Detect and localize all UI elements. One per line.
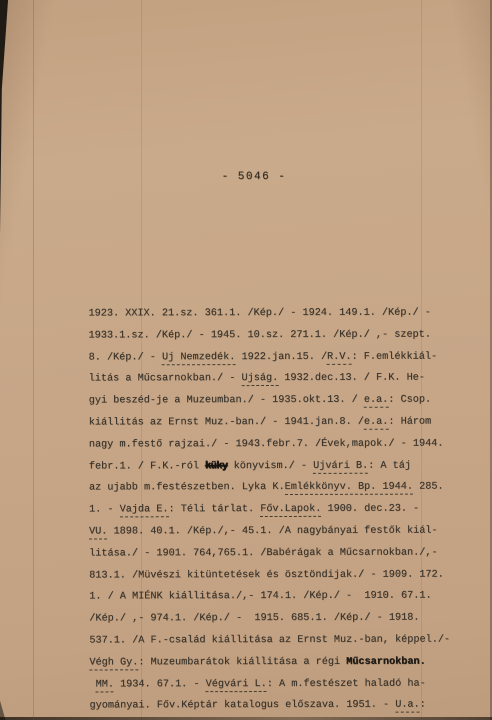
text-line: kiállitás az Ernst Muz.-ban./ - 1941.jan… (89, 411, 461, 434)
text-segment: 1932.dec.13. / F.K. He- (278, 373, 425, 384)
text-segment: : A m.festészet haladó ha- (267, 678, 426, 689)
text-line: MM. 1934. 67.1. - Végvári L.: A m.festés… (89, 673, 461, 696)
text-segment: nagy m.festő rajzai./ - 1943.febr.7. /Év… (89, 438, 444, 450)
text-segment: 1900. dec.23. - (321, 504, 419, 515)
text-segment: : Muzeumbarátok kiállitása a régi (138, 657, 346, 669)
scanned-page: - 5046 - 1923. XXIX. 21.sz. 361.1. /Kép.… (0, 0, 492, 720)
text-line: nagy m.festő rajzai./ - 1943.febr.7. /Év… (89, 433, 461, 456)
text-segment: : F.emlékkiál- (352, 351, 438, 362)
text-segment: 537.1. /A F.-család kiállitása az Ernst … (89, 634, 450, 646)
text-line: 1933.1.sz. /Kép./ - 1945. 10.sz. 271.1. … (89, 324, 461, 347)
underlined-text: Emlékkönyv. Bp. 1944. (285, 482, 413, 495)
text-segment: könyvism./ - (228, 460, 314, 471)
text-segment: 1898. 40.1. /Kép./,- 45.1. /A nagybányai… (107, 526, 437, 538)
text-segment: litása./ - 1901. 764,765.1. /Babérágak a… (89, 547, 438, 559)
underlined-text: R.V. (327, 351, 352, 364)
text-segment: 1933.1.sz. /Kép./ - 1945. 10.sz. 271.1. … (89, 329, 431, 341)
text-line: 1. / A MIÉNK kiállitása./,- 174.1. /Kép.… (89, 586, 461, 609)
text-line: litás a Műcsarnokban./ - Ujság. 1932.dec… (89, 368, 461, 391)
text-line: gyományai. Főv.Képtár katalogus előszava… (89, 695, 461, 718)
text-segment: gyományai. Főv.Képtár katalogus előszava… (89, 700, 395, 712)
underlined-text: Vajda E. (120, 504, 169, 517)
text-line: Végh Gy.: Muzeumbarátok kiállitása a rég… (89, 651, 461, 674)
text-line: /Kép./ ,- 974.1. /Kép./ - 1915. 685.1. /… (89, 608, 461, 631)
text-segment: az ujabb m.festészetben. Lyka K. (89, 482, 285, 494)
text-segment: 813.1. /Müvészi kitüntetések és ösztöndi… (89, 569, 444, 581)
underlined-text: MM. (96, 679, 114, 692)
text-segment: 1. / A MIÉNK kiállitása./,- 174.1. /Kép.… (89, 591, 431, 603)
text-line: gyi beszéd-je a Muzeumban./ - 1935.okt.1… (89, 390, 461, 413)
underlined-text: Főv.Lapok. (260, 504, 321, 517)
text-segment: febr.1. / F.K.-ról (89, 461, 205, 472)
text-line: 813.1. /Müvészi kitüntetések és ösztöndi… (89, 564, 461, 587)
text-segment: 1934. 67.1. - (114, 679, 206, 690)
paper-crease-left (33, 0, 34, 720)
text-line: litása./ - 1901. 764,765.1. /Babérágak a… (89, 542, 461, 565)
text-line: 1. - Vajda E.: Téli tárlat. Főv.Lapok. 1… (89, 499, 461, 522)
text-segment: Műcsarnokban. (346, 656, 426, 667)
text-line: 8. /Kép./ - Uj Nemzedék. 1922.jan.15. /R… (89, 346, 461, 369)
underlined-text: U.a. (395, 700, 420, 713)
overstruck-text: küky (205, 461, 227, 472)
text-line: 1923. XXIX. 21.sz. 361.1. /Kép./ - 1924.… (88, 303, 460, 326)
underlined-text: e.a. (364, 395, 389, 408)
text-segment: : Téli tárlat. (168, 504, 260, 515)
text-line: 537.1. /A F.-család kiállitása az Ernst … (89, 629, 461, 652)
text-segment: kiállitás az Ernst Muz.-ban./ - 1941.jan… (89, 417, 364, 429)
text-segment: litás a Műcsarnokban./ - (89, 373, 242, 384)
text-segment: 285. (413, 482, 444, 493)
text-segment: 8. /Kép./ - (89, 352, 162, 363)
underlined-text: e.a. (364, 417, 389, 430)
text-segment: 1923. XXIX. 21.sz. 361.1. /Kép./ - 1924.… (88, 308, 430, 320)
text-segment: 1922.jan.15. / (235, 351, 327, 362)
page-number: - 5046 - (198, 171, 310, 183)
underlined-text: Ujvári B. (313, 460, 368, 473)
underlined-text: Végvári L. (206, 679, 267, 692)
text-segment: : A táj (368, 460, 411, 471)
underlined-text: Végh Gy. (89, 657, 138, 670)
underlined-text: Uj Nemzedék. (162, 352, 235, 365)
underlined-text: VU. (89, 526, 107, 539)
underlined-text: Ujság. (241, 373, 278, 386)
text-line: az ujabb m.festészetben. Lyka K.Emlékkön… (89, 477, 461, 500)
text-segment: : (420, 700, 426, 711)
scan-artifact-dark-wedge (0, 0, 13, 235)
text-line: VU. 1898. 40.1. /Kép./,- 45.1. /A nagybá… (89, 520, 461, 543)
text-segment: : Csop. (388, 395, 431, 406)
text-segment: 1. - (89, 505, 120, 516)
text-segment: /Kép./ ,- 974.1. /Kép./ - 1915. 685.1. /… (89, 613, 419, 625)
text-segment: gyi beszéd-je a Muzeumban./ - 1935.okt.1… (89, 395, 364, 407)
text-segment: : Három (388, 417, 431, 428)
typewritten-text: 1923. XXIX. 21.sz. 361.1. /Kép./ - 1924.… (88, 303, 461, 718)
text-line: febr.1. / F.K.-ról küky könyvism./ - Ujv… (89, 455, 461, 478)
